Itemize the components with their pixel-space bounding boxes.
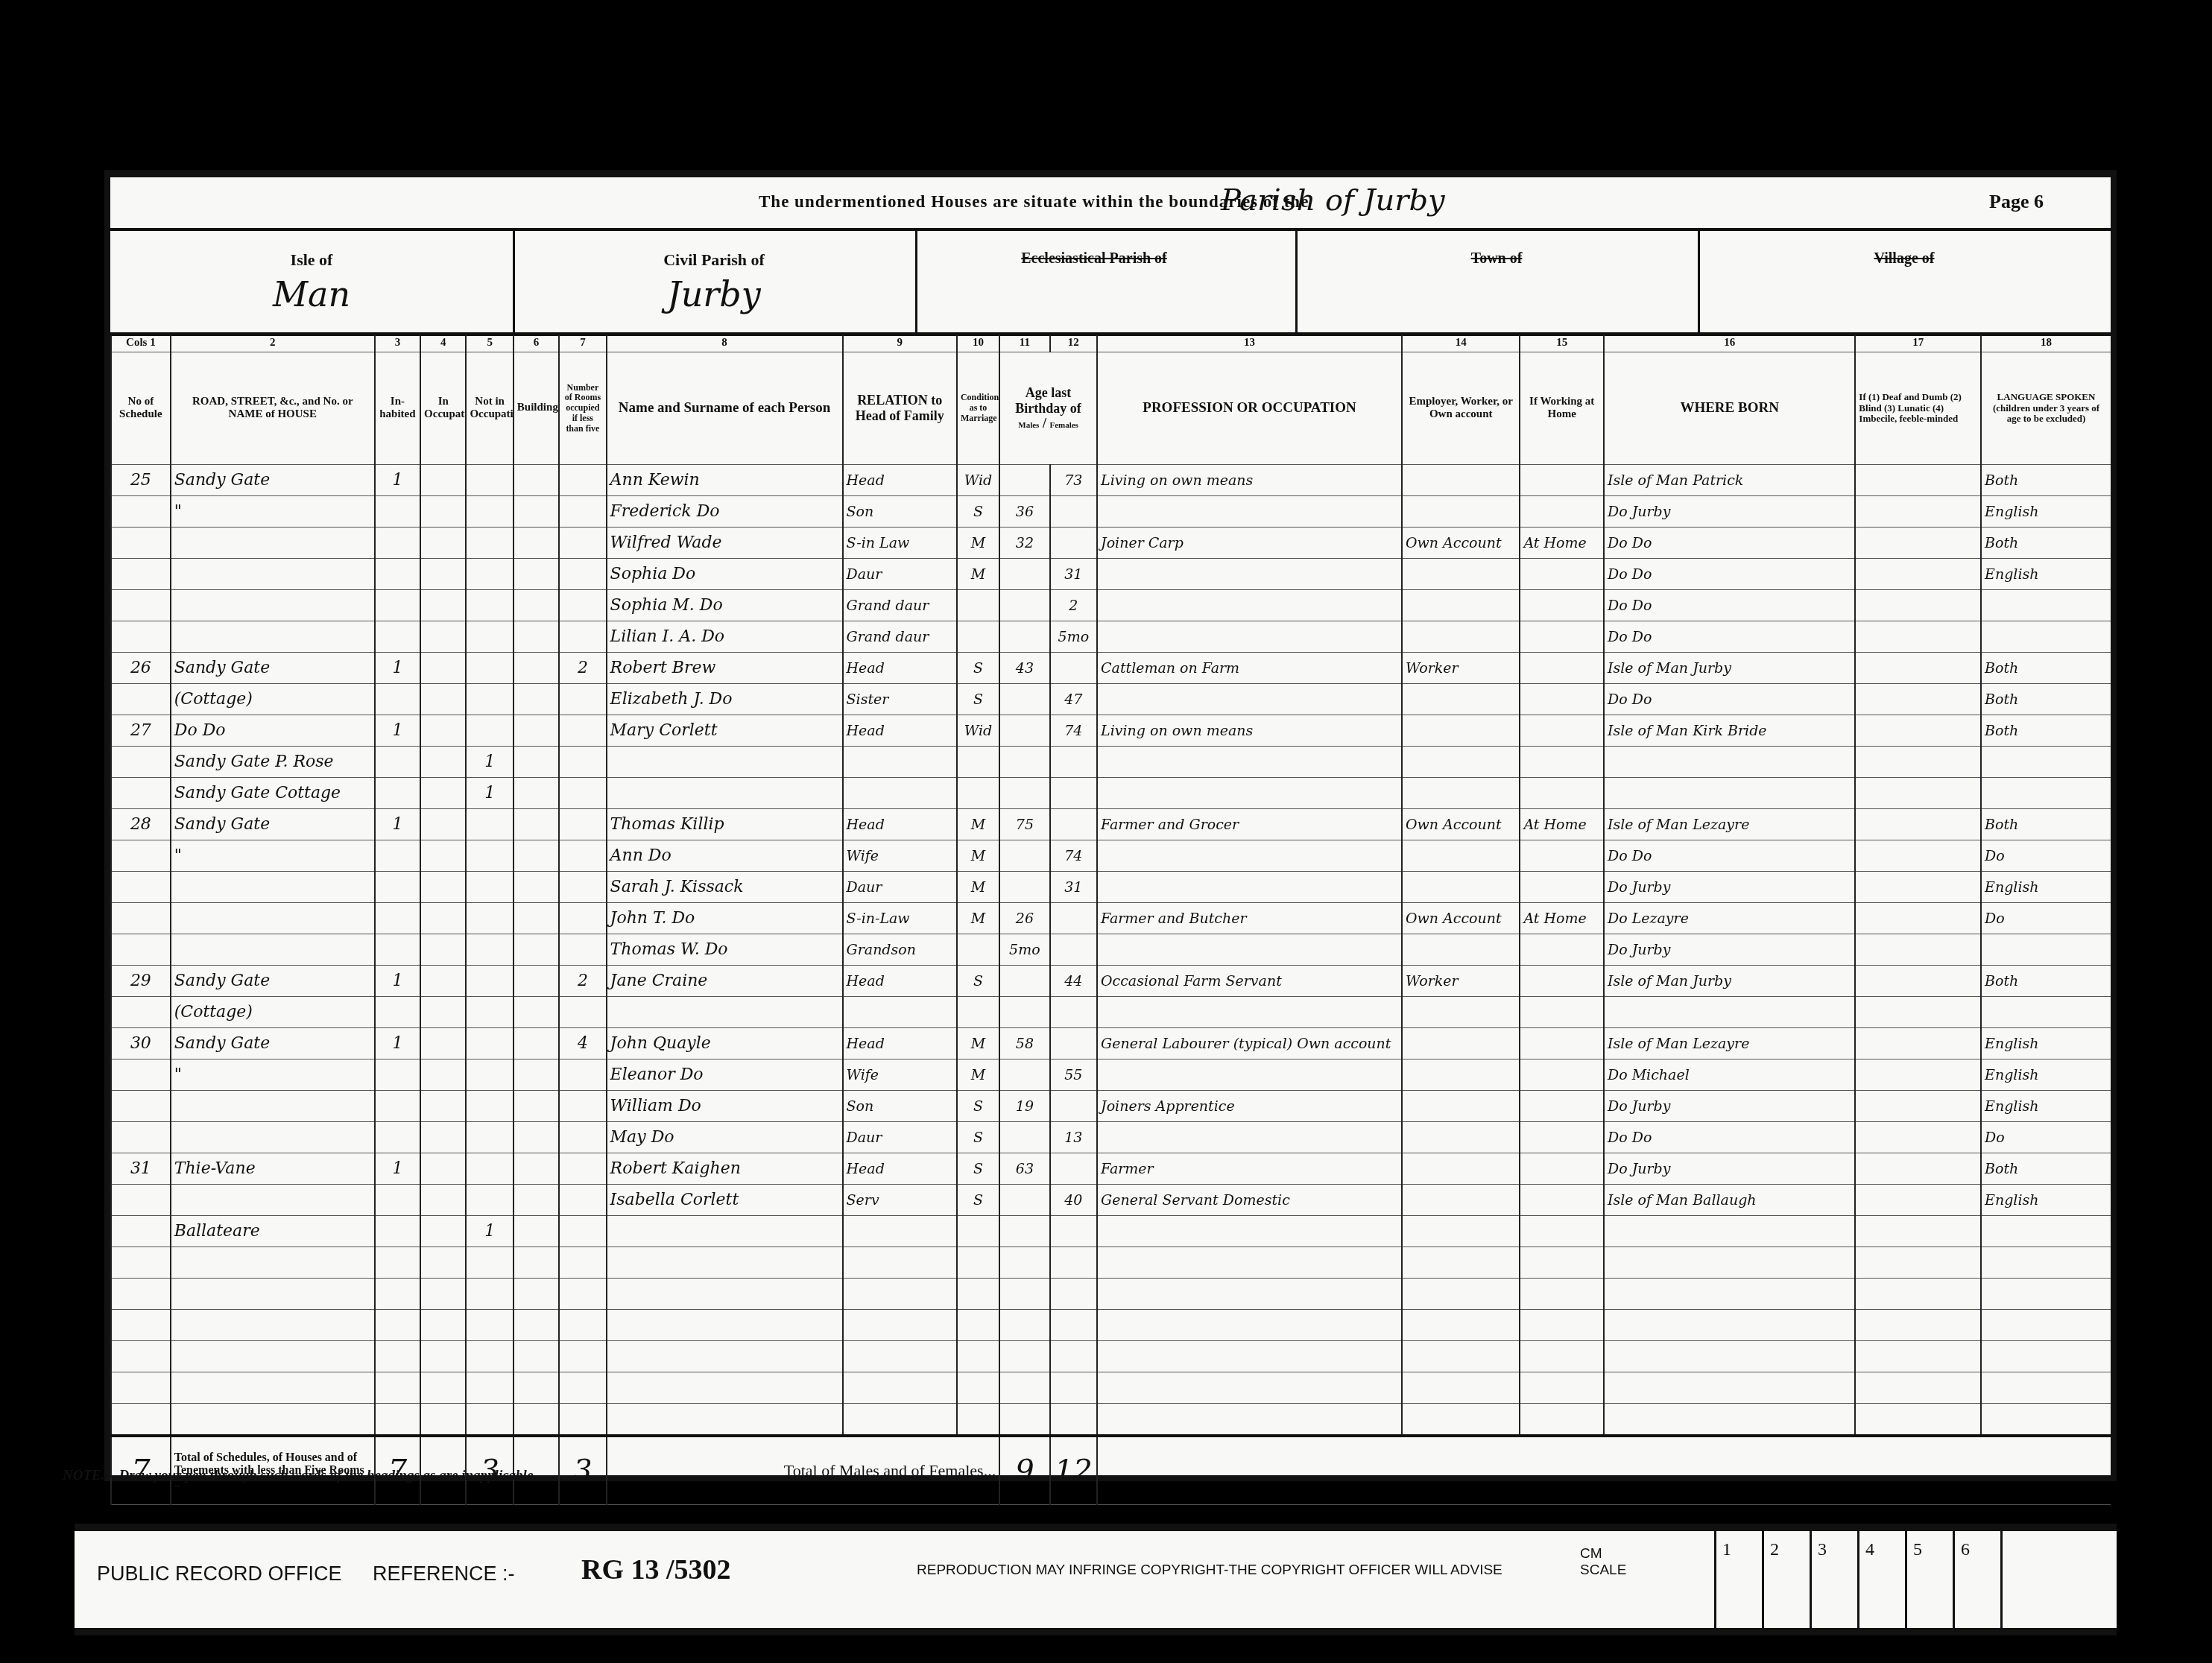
cell-occupation (1097, 1372, 1402, 1404)
cell-born: Isle of Man Lezayre (1604, 1028, 1855, 1059)
cell-not-occ (466, 465, 513, 496)
cell-in-occ (420, 1216, 466, 1247)
cell-name: John Quayle (607, 1028, 843, 1059)
cell-at-home (1520, 1185, 1603, 1216)
cell-inhabited (375, 778, 420, 809)
cell-females (1050, 528, 1097, 559)
cell-not-occ (466, 1059, 513, 1091)
scale-tick: 5 (1905, 1531, 1953, 1628)
cell-not-occ (466, 1247, 513, 1279)
cell-language: Both (1981, 715, 2111, 747)
cell-inhabited (375, 496, 420, 528)
cell-inhabited: 1 (375, 966, 420, 997)
cell-house: " (171, 840, 375, 872)
cell-born: Isle of Man Patrick (1604, 465, 1855, 496)
cell-at-home (1520, 715, 1603, 747)
cell-relation: Head (843, 715, 957, 747)
cell-employer (1402, 715, 1520, 747)
cell-males (999, 1341, 1049, 1372)
cell-name (607, 747, 843, 778)
header-relation: RELATION to Head of Family (843, 352, 957, 465)
cell-language (1981, 1279, 2111, 1310)
cell-name: Ann Do (607, 840, 843, 872)
cell-house (171, 1372, 375, 1404)
cell-language (1981, 1372, 2111, 1404)
cell-building (513, 1122, 559, 1153)
cell-in-occ (420, 747, 466, 778)
cell-employer: Own Account (1402, 528, 1520, 559)
cell-rooms (559, 1341, 606, 1372)
cell-in-occ (420, 1091, 466, 1122)
cell-occupation: Occasional Farm Servant (1097, 966, 1402, 997)
cell-condition (957, 621, 999, 653)
cell-occupation (1097, 934, 1402, 966)
cell-rooms (559, 1153, 606, 1185)
cell-relation: Grand daur (843, 621, 957, 653)
cell-employer (1402, 1404, 1520, 1436)
cell-rooms (559, 684, 606, 715)
place-label: Village of (1698, 250, 2111, 267)
cell-name (607, 1247, 843, 1279)
cell-occupation: General Servant Domestic (1097, 1185, 1402, 1216)
table-row (111, 1247, 2111, 1279)
cell-language: Both (1981, 528, 2111, 559)
cell-at-home (1520, 684, 1603, 715)
cell-employer: Worker (1402, 966, 1520, 997)
cell-infirmity (1855, 934, 1981, 966)
table-row: "Eleanor DoWifeM55Do MichaelEnglish (111, 1059, 2111, 1091)
table-row: John T. DoS-in-LawM26Farmer and ButcherO… (111, 903, 2111, 934)
archive-reference-strip: PUBLIC RECORD OFFICE REFERENCE :- RG 13 … (75, 1524, 2117, 1635)
cell-rooms: 2 (559, 966, 606, 997)
cell-males (999, 1279, 1049, 1310)
cell-inhabited (375, 872, 420, 903)
cell-schedule (111, 1279, 171, 1310)
cell-occupation (1097, 1404, 1402, 1436)
cell-language (1981, 934, 2111, 966)
cell-in-occ (420, 1122, 466, 1153)
column-number: 2 (171, 335, 375, 352)
cell-rooms (559, 1372, 606, 1404)
cell-born: Do Do (1604, 590, 1855, 621)
cell-inhabited: 1 (375, 653, 420, 684)
cell-females (1050, 1153, 1097, 1185)
cell-condition: S (957, 1153, 999, 1185)
cell-occupation (1097, 559, 1402, 590)
cell-infirmity (1855, 1028, 1981, 1059)
cell-infirmity (1855, 1404, 1981, 1436)
table-row: "Ann DoWifeM74Do DoDo (111, 840, 2111, 872)
cell-infirmity (1855, 528, 1981, 559)
cell-at-home (1520, 747, 1603, 778)
cell-infirmity (1855, 1091, 1981, 1122)
cell-males: 32 (999, 528, 1049, 559)
cell-females: 47 (1050, 684, 1097, 715)
cell-inhabited (375, 1310, 420, 1341)
cell-not-occ (466, 528, 513, 559)
cell-occupation (1097, 590, 1402, 621)
cell-males (999, 778, 1049, 809)
cell-females (1050, 1216, 1097, 1247)
scale-label: CM SCALE (1580, 1546, 1625, 1579)
cell-not-occ (466, 496, 513, 528)
cell-language (1981, 997, 2111, 1028)
cell-building (513, 934, 559, 966)
cell-infirmity (1855, 1372, 1981, 1404)
cell-condition (957, 1279, 999, 1310)
cell-infirmity (1855, 653, 1981, 684)
cell-relation: Head (843, 1153, 957, 1185)
cell-born (1604, 747, 1855, 778)
cell-males (999, 997, 1049, 1028)
cell-infirmity (1855, 1216, 1981, 1247)
cell-language: Both (1981, 653, 2111, 684)
page-number: Page 6 (1989, 191, 2044, 213)
cell-inhabited (375, 747, 420, 778)
cell-not-occ (466, 621, 513, 653)
cell-language: English (1981, 559, 2111, 590)
cell-condition (957, 997, 999, 1028)
cell-language: Do (1981, 840, 2111, 872)
total-females: 12 (1050, 1436, 1097, 1505)
table-row: Sandy Gate Cottage1 (111, 778, 2111, 809)
cell-name: Isabella Corlett (607, 1185, 843, 1216)
cell-relation: S-in-Law (843, 903, 957, 934)
cell-not-occ (466, 934, 513, 966)
cell-building (513, 1216, 559, 1247)
cell-condition (957, 934, 999, 966)
cell-not-occ (466, 1341, 513, 1372)
column-number: 10 (957, 335, 999, 352)
cell-rooms (559, 1059, 606, 1091)
table-row: Lilian I. A. DoGrand daur5moDo Do (111, 621, 2111, 653)
cell-inhabited (375, 903, 420, 934)
cell-females (1050, 1341, 1097, 1372)
cell-language: English (1981, 1059, 2111, 1091)
cell-language (1981, 1404, 2111, 1436)
cell-born: Isle of Man Jurby (1604, 966, 1855, 997)
column-number: 5 (466, 335, 513, 352)
cell-name: Sarah J. Kissack (607, 872, 843, 903)
cell-language: Do (1981, 1122, 2111, 1153)
cell-in-occ (420, 653, 466, 684)
cell-males (999, 840, 1049, 872)
cell-schedule (111, 559, 171, 590)
place-label: Civil Parish of (513, 250, 915, 270)
cell-name: Thomas Killip (607, 809, 843, 840)
table-row: 27Do Do1Mary CorlettHeadWid74Living on o… (111, 715, 2111, 747)
cell-rooms (559, 1185, 606, 1216)
cell-building (513, 1028, 559, 1059)
cell-rooms (559, 997, 606, 1028)
cell-building (513, 653, 559, 684)
cell-language (1981, 1341, 2111, 1372)
cell-house: (Cottage) (171, 684, 375, 715)
cell-females: 40 (1050, 1185, 1097, 1216)
cell-schedule (111, 1310, 171, 1341)
cell-relation: Son (843, 1091, 957, 1122)
cell-rooms (559, 496, 606, 528)
cell-not-occ (466, 903, 513, 934)
cell-at-home: At Home (1520, 809, 1603, 840)
cell-inhabited (375, 684, 420, 715)
cell-name: Robert Kaighen (607, 1153, 843, 1185)
cell-house (171, 1247, 375, 1279)
cell-in-occ (420, 496, 466, 528)
cell-females: 13 (1050, 1122, 1097, 1153)
cell-males (999, 872, 1049, 903)
cell-language: Both (1981, 1153, 2111, 1185)
table-row: Sandy Gate P. Rose1 (111, 747, 2111, 778)
cell-females (1050, 1028, 1097, 1059)
cell-in-occ (420, 934, 466, 966)
cell-relation: Head (843, 653, 957, 684)
cell-females (1050, 653, 1097, 684)
column-number: 12 (1050, 335, 1097, 352)
cell-rooms: 4 (559, 1028, 606, 1059)
cell-schedule (111, 840, 171, 872)
cell-name (607, 778, 843, 809)
place-label: Town of (1295, 250, 1698, 267)
cell-name: Elizabeth J. Do (607, 684, 843, 715)
header-building: Building. (513, 352, 559, 465)
cell-in-occ (420, 778, 466, 809)
cell-house (171, 1404, 375, 1436)
cell-females: 55 (1050, 1059, 1097, 1091)
cell-occupation (1097, 1247, 1402, 1279)
males-females-label: Total of Males and of Females... (607, 1436, 1000, 1505)
cell-inhabited (375, 1404, 420, 1436)
cell-relation (843, 1341, 957, 1372)
cell-born (1604, 1310, 1855, 1341)
cell-males (999, 1310, 1049, 1341)
cell-born (1604, 1372, 1855, 1404)
cell-employer (1402, 1247, 1520, 1279)
cell-schedule (111, 747, 171, 778)
cell-relation: Grand daur (843, 590, 957, 621)
cell-at-home (1520, 1091, 1603, 1122)
cell-condition: M (957, 1028, 999, 1059)
cell-rooms: 2 (559, 653, 606, 684)
cell-schedule (111, 684, 171, 715)
cell-not-occ (466, 715, 513, 747)
cell-relation (843, 1372, 957, 1404)
place-3: Town of (1295, 228, 1700, 332)
cell-employer (1402, 1185, 1520, 1216)
cell-house (171, 1310, 375, 1341)
cell-born: Do Michael (1604, 1059, 1855, 1091)
cell-condition (957, 1341, 999, 1372)
cell-inhabited (375, 1122, 420, 1153)
cell-in-occ (420, 1404, 466, 1436)
cell-rooms (559, 621, 606, 653)
cell-born: Do Do (1604, 621, 1855, 653)
cell-at-home (1520, 559, 1603, 590)
cell-condition (957, 1216, 999, 1247)
cell-schedule (111, 1247, 171, 1279)
cell-not-occ (466, 1404, 513, 1436)
cell-at-home (1520, 1341, 1603, 1372)
cell-males (999, 747, 1049, 778)
cell-males (999, 1372, 1049, 1404)
column-number: 15 (1520, 335, 1603, 352)
cell-language: Both (1981, 966, 2111, 997)
header-where-born: WHERE BORN (1604, 352, 1855, 465)
cell-schedule (111, 778, 171, 809)
cell-not-occ (466, 872, 513, 903)
cell-born: Isle of Man Lezayre (1604, 809, 1855, 840)
cell-relation: Grandson (843, 934, 957, 966)
cell-in-occ (420, 590, 466, 621)
cell-rooms (559, 809, 606, 840)
cell-building (513, 1247, 559, 1279)
cell-inhabited (375, 528, 420, 559)
table-row (111, 1341, 2111, 1372)
cell-building (513, 496, 559, 528)
cell-name (607, 1404, 843, 1436)
column-number: 11 (999, 335, 1049, 352)
cell-schedule: 29 (111, 966, 171, 997)
cell-employer (1402, 747, 1520, 778)
page-label: Page (1989, 191, 2029, 212)
cell-condition (957, 1372, 999, 1404)
cell-condition: S (957, 1185, 999, 1216)
cell-relation (843, 747, 957, 778)
totals-blank (1097, 1436, 2111, 1505)
cell-infirmity (1855, 559, 1981, 590)
cell-relation: Wife (843, 1059, 957, 1091)
cell-males (999, 1059, 1049, 1091)
cell-infirmity (1855, 1247, 1981, 1279)
cell-males (999, 1185, 1049, 1216)
cell-rooms (559, 1310, 606, 1341)
cell-not-occ (466, 966, 513, 997)
cell-born (1604, 1247, 1855, 1279)
cell-building (513, 559, 559, 590)
cell-language: English (1981, 1028, 2111, 1059)
cell-condition: M (957, 809, 999, 840)
header-language: LANGUAGE SPOKEN (children under 3 years … (1981, 352, 2111, 465)
column-number: 13 (1097, 335, 1402, 352)
cell-employer (1402, 1059, 1520, 1091)
cell-at-home (1520, 778, 1603, 809)
instruction-note: NOTE.—Draw your pen through such words o… (63, 1468, 537, 1484)
cell-born (1604, 1216, 1855, 1247)
header-not-in-occupation: Not in Occupation. (466, 352, 513, 465)
place-label: Isle of (110, 250, 513, 270)
cell-schedule: 30 (111, 1028, 171, 1059)
cell-in-occ (420, 528, 466, 559)
cell-males: 63 (999, 1153, 1049, 1185)
cell-occupation: Cattleman on Farm (1097, 653, 1402, 684)
cell-females: 44 (1050, 966, 1097, 997)
cell-rooms (559, 1404, 606, 1436)
cell-at-home (1520, 872, 1603, 903)
cell-relation: Head (843, 809, 957, 840)
cell-occupation (1097, 621, 1402, 653)
table-row: 25Sandy Gate1Ann KewinHeadWid73Living on… (111, 465, 2111, 496)
cell-condition: S (957, 1091, 999, 1122)
column-number-row: Cols 123456789101112131415161718 (111, 335, 2111, 352)
cell-inhabited: 1 (375, 465, 420, 496)
place-0: Isle ofMan (110, 228, 515, 332)
cell-language (1981, 590, 2111, 621)
cell-condition: M (957, 872, 999, 903)
cell-at-home (1520, 621, 1603, 653)
cell-house: Sandy Gate P. Rose (171, 747, 375, 778)
cell-employer (1402, 1310, 1520, 1341)
cell-house (171, 1341, 375, 1372)
cell-employer (1402, 997, 1520, 1028)
cell-not-occ (466, 1310, 513, 1341)
cell-males (999, 684, 1049, 715)
cell-females: 2 (1050, 590, 1097, 621)
cell-house: " (171, 1059, 375, 1091)
cell-in-occ (420, 872, 466, 903)
cell-rooms (559, 872, 606, 903)
cell-infirmity (1855, 809, 1981, 840)
cell-inhabited (375, 590, 420, 621)
cell-house (171, 590, 375, 621)
cell-employer: Own Account (1402, 903, 1520, 934)
cell-inhabited (375, 840, 420, 872)
cell-name: Wilfred Wade (607, 528, 843, 559)
cell-language (1981, 621, 2111, 653)
cell-not-occ (466, 1028, 513, 1059)
cell-building (513, 1091, 559, 1122)
cell-infirmity (1855, 1122, 1981, 1153)
cell-occupation: General Labourer (typical) Own account (1097, 1028, 1402, 1059)
cell-relation (843, 1247, 957, 1279)
cell-females: 31 (1050, 872, 1097, 903)
cell-rooms (559, 590, 606, 621)
place-2: Ecclesiastical Parish of (893, 228, 1298, 332)
cell-males: 43 (999, 653, 1049, 684)
cell-at-home (1520, 934, 1603, 966)
cell-employer (1402, 840, 1520, 872)
cell-house (171, 559, 375, 590)
total-rooms: 3 (559, 1436, 606, 1505)
cell-born: Do Do (1604, 840, 1855, 872)
cell-relation: Wife (843, 840, 957, 872)
cell-condition (957, 1404, 999, 1436)
cell-infirmity (1855, 621, 1981, 653)
cell-house (171, 934, 375, 966)
cell-born (1604, 997, 1855, 1028)
cell-name: John T. Do (607, 903, 843, 934)
boundary-banner: The undermentioned Houses are situate wi… (110, 177, 2111, 231)
cell-house (171, 1091, 375, 1122)
cell-not-occ (466, 809, 513, 840)
cell-infirmity (1855, 590, 1981, 621)
cell-males: 5mo (999, 934, 1049, 966)
cell-born: Do Jurby (1604, 934, 1855, 966)
cell-not-occ (466, 1153, 513, 1185)
cell-schedule (111, 1404, 171, 1436)
cell-in-occ (420, 903, 466, 934)
cell-relation (843, 997, 957, 1028)
cell-employer: Worker (1402, 653, 1520, 684)
cell-not-occ (466, 653, 513, 684)
table-row: 29Sandy Gate12Jane CraineHeadS44Occasion… (111, 966, 2111, 997)
cell-rooms (559, 1279, 606, 1310)
cell-house (171, 621, 375, 653)
cell-born (1604, 1341, 1855, 1372)
cell-infirmity (1855, 465, 1981, 496)
reference-label: REFERENCE :- (373, 1562, 515, 1586)
cell-males: 26 (999, 903, 1049, 934)
cell-in-occ (420, 1310, 466, 1341)
